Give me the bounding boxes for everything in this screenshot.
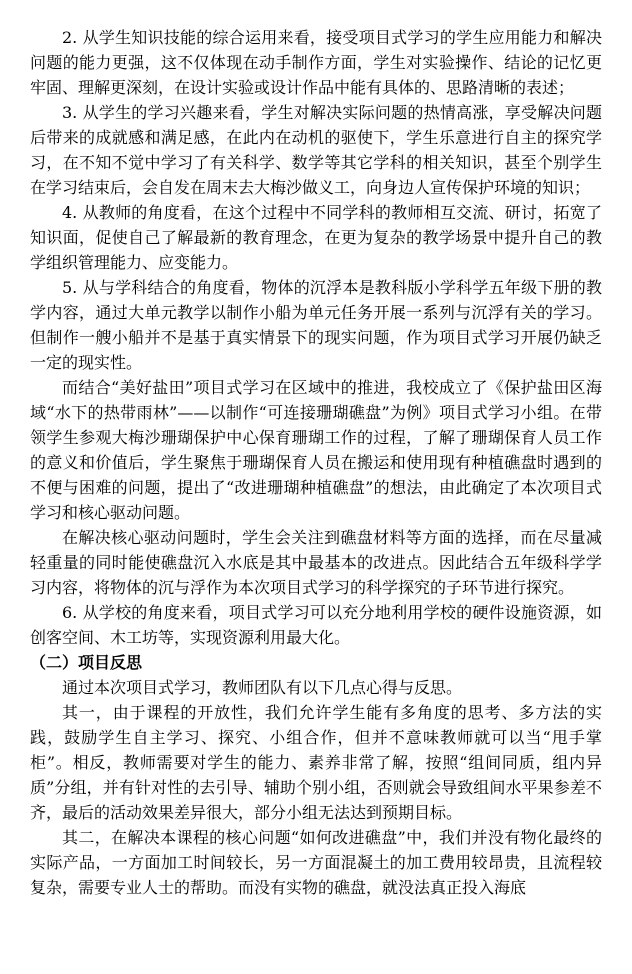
paragraph: 其二，在解决本课程的核心问题“如何改进礁盘”中，我们并没有物化最终的实际产品，一… xyxy=(30,825,602,900)
paragraph: 5. 从与学科结合的角度看，物体的沉浮本是教科版小学科学五年级下册的教学内容，通… xyxy=(30,275,602,375)
paragraph: 通过本次项目式学习，教师团队有以下几点心得与反思。 xyxy=(30,675,602,700)
paragraph: 6. 从学校的角度来看，项目式学习可以充分地利用学校的硬件设施资源，如创客空间、… xyxy=(30,600,602,650)
paragraph: 2. 从学生知识技能的综合运用来看，接受项目式学习的学生应用能力和解决问题的能力… xyxy=(30,25,602,100)
paragraph: 而结合“美好盐田”项目式学习在区域中的推进，我校成立了《保护盐田区海域“水下的热… xyxy=(30,375,602,525)
paragraph: 其一，由于课程的开放性，我们允许学生能有多角度的思考、多方法的实践，鼓励学生自主… xyxy=(30,700,602,825)
section-heading: （二）项目反思 xyxy=(30,650,602,675)
paragraph: 4. 从教师的角度看，在这个过程中不同学科的教师相互交流、研讨，拓宽了知识面，促… xyxy=(30,200,602,275)
document-page: 2. 从学生知识技能的综合运用来看，接受项目式学习的学生应用能力和解决问题的能力… xyxy=(0,0,632,974)
paragraph: 在解决核心驱动问题时，学生会关注到礁盘材料等方面的选择，而在尽量减轻重量的同时能… xyxy=(30,525,602,600)
paragraph: 3. 从学生的学习兴趣来看，学生对解决实际问题的热情高涨，享受解决问题后带来的成… xyxy=(30,100,602,200)
